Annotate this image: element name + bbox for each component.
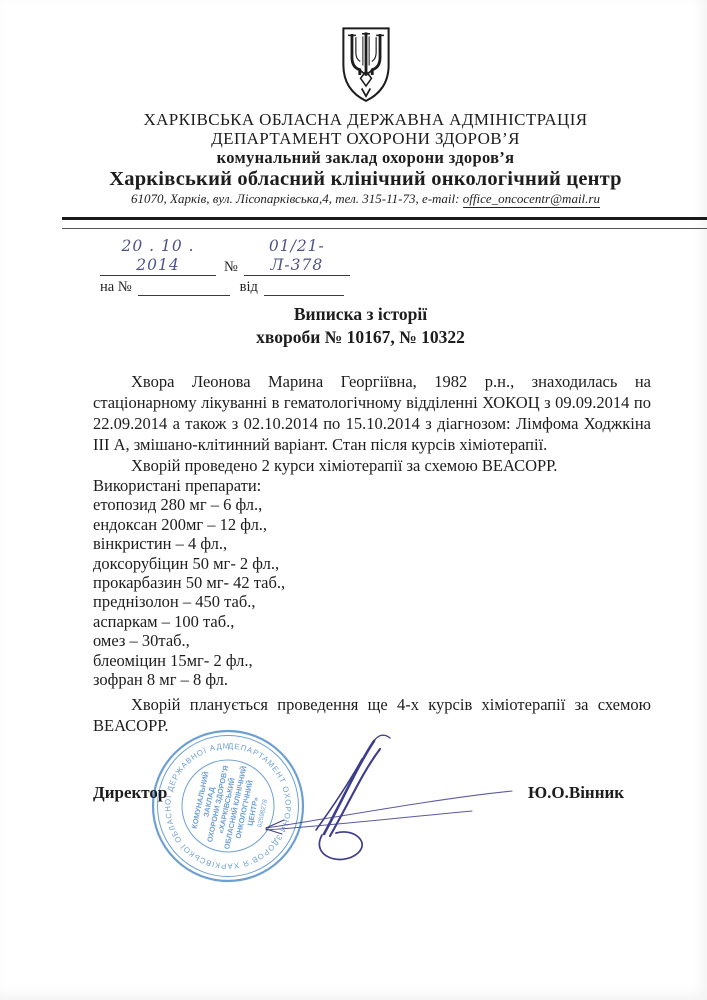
paragraph-patient-info: Хвора Леонова Марина Георгіївна, 1982 р.… <box>93 371 651 455</box>
signer-role-label: Директор <box>93 783 167 803</box>
medication-item: етопозид 280 мг – 6 фл., <box>93 495 651 514</box>
medication-item: блеоміцин 15мг- 2 фл., <box>93 651 651 670</box>
reply-to-label: на № <box>100 279 132 296</box>
handwritten-signature <box>258 731 520 866</box>
org-type-line: комунальний заклад охорони здоров’я <box>12 148 707 167</box>
ukraine-trident-emblem-icon <box>338 26 394 104</box>
medication-item: преднізолон – 450 таб., <box>93 592 651 611</box>
outgoing-number-field: 01/21-Л-378 <box>244 237 350 276</box>
medications-list: етопозид 280 мг – 6 фл., ендоксан 200мг … <box>93 495 651 689</box>
medication-item: вінкристин – 4 фл., <box>93 534 651 553</box>
medication-item: аспаркам – 100 таб., <box>93 612 651 631</box>
reply-date-blank <box>264 279 344 296</box>
address-text: 61070, Харків, вул. Лісопарківська,4, те… <box>131 191 459 206</box>
title-line-2: хвороби № 10167, № 10322 <box>14 326 707 349</box>
letterhead: ХАРКІВСЬКА ОБЛАСНА ДЕРЖАВНА АДМІНІСТРАЦІ… <box>12 0 707 207</box>
org-department-line: ДЕПАРТАМЕНТ ОХОРОНИ ЗДОРОВ’Я <box>12 129 707 148</box>
medication-item: омез – 30таб., <box>93 631 651 650</box>
handwritten-date: 20 . 10 . 2014 <box>121 237 194 274</box>
scanned-letter-page: ХАРКІВСЬКА ОБЛАСНА ДЕРЖАВНА АДМІНІСТРАЦІ… <box>0 0 707 1000</box>
org-address-line: 61070, Харків, вул. Лісопарківська,4, те… <box>12 191 707 207</box>
medication-item: прокарбазин 50 мг- 42 таб., <box>93 573 651 592</box>
document-body: Хвора Леонова Марина Георгіївна, 1982 р.… <box>93 371 651 736</box>
paragraph-treatment: Хворій проведено 2 курси хіміотерапії за… <box>93 455 651 476</box>
org-email: office_oncocentr@mail.ru <box>463 191 600 208</box>
org-administration-line: ХАРКІВСЬКА ОБЛАСНА ДЕРЖАВНА АДМІНІСТРАЦІ… <box>12 110 707 129</box>
medication-item: зофран 8 мг – 8 фл. <box>93 670 651 689</box>
reference-block: 20 . 10 . 2014 № 01/21-Л-378 на № від <box>100 237 460 296</box>
number-sign-label: № <box>224 259 238 276</box>
reply-from-label: від <box>240 279 258 296</box>
org-name-line: Харківський обласний клінічний онкологіч… <box>12 167 707 191</box>
document-title: Виписка з історії хвороби № 10167, № 103… <box>14 303 707 348</box>
medications-heading: Використані препарати: <box>93 476 651 495</box>
outgoing-date-field: 20 . 10 . 2014 <box>100 237 216 276</box>
letterhead-divider-thick <box>62 217 707 220</box>
medication-item: ендоксан 200мг – 12 фл., <box>93 515 651 534</box>
medication-item: доксорубіцин 50 мг- 2 фл., <box>93 554 651 573</box>
title-line-1: Виписка з історії <box>14 303 707 326</box>
reference-row-reply: на № від <box>100 279 460 296</box>
reply-number-blank <box>138 279 230 296</box>
signer-name: Ю.О.Вінник <box>528 783 624 803</box>
letterhead-divider-thin <box>62 228 707 229</box>
reference-row-outgoing: 20 . 10 . 2014 № 01/21-Л-378 <box>100 237 460 276</box>
handwritten-number: 01/21-Л-378 <box>269 237 325 274</box>
